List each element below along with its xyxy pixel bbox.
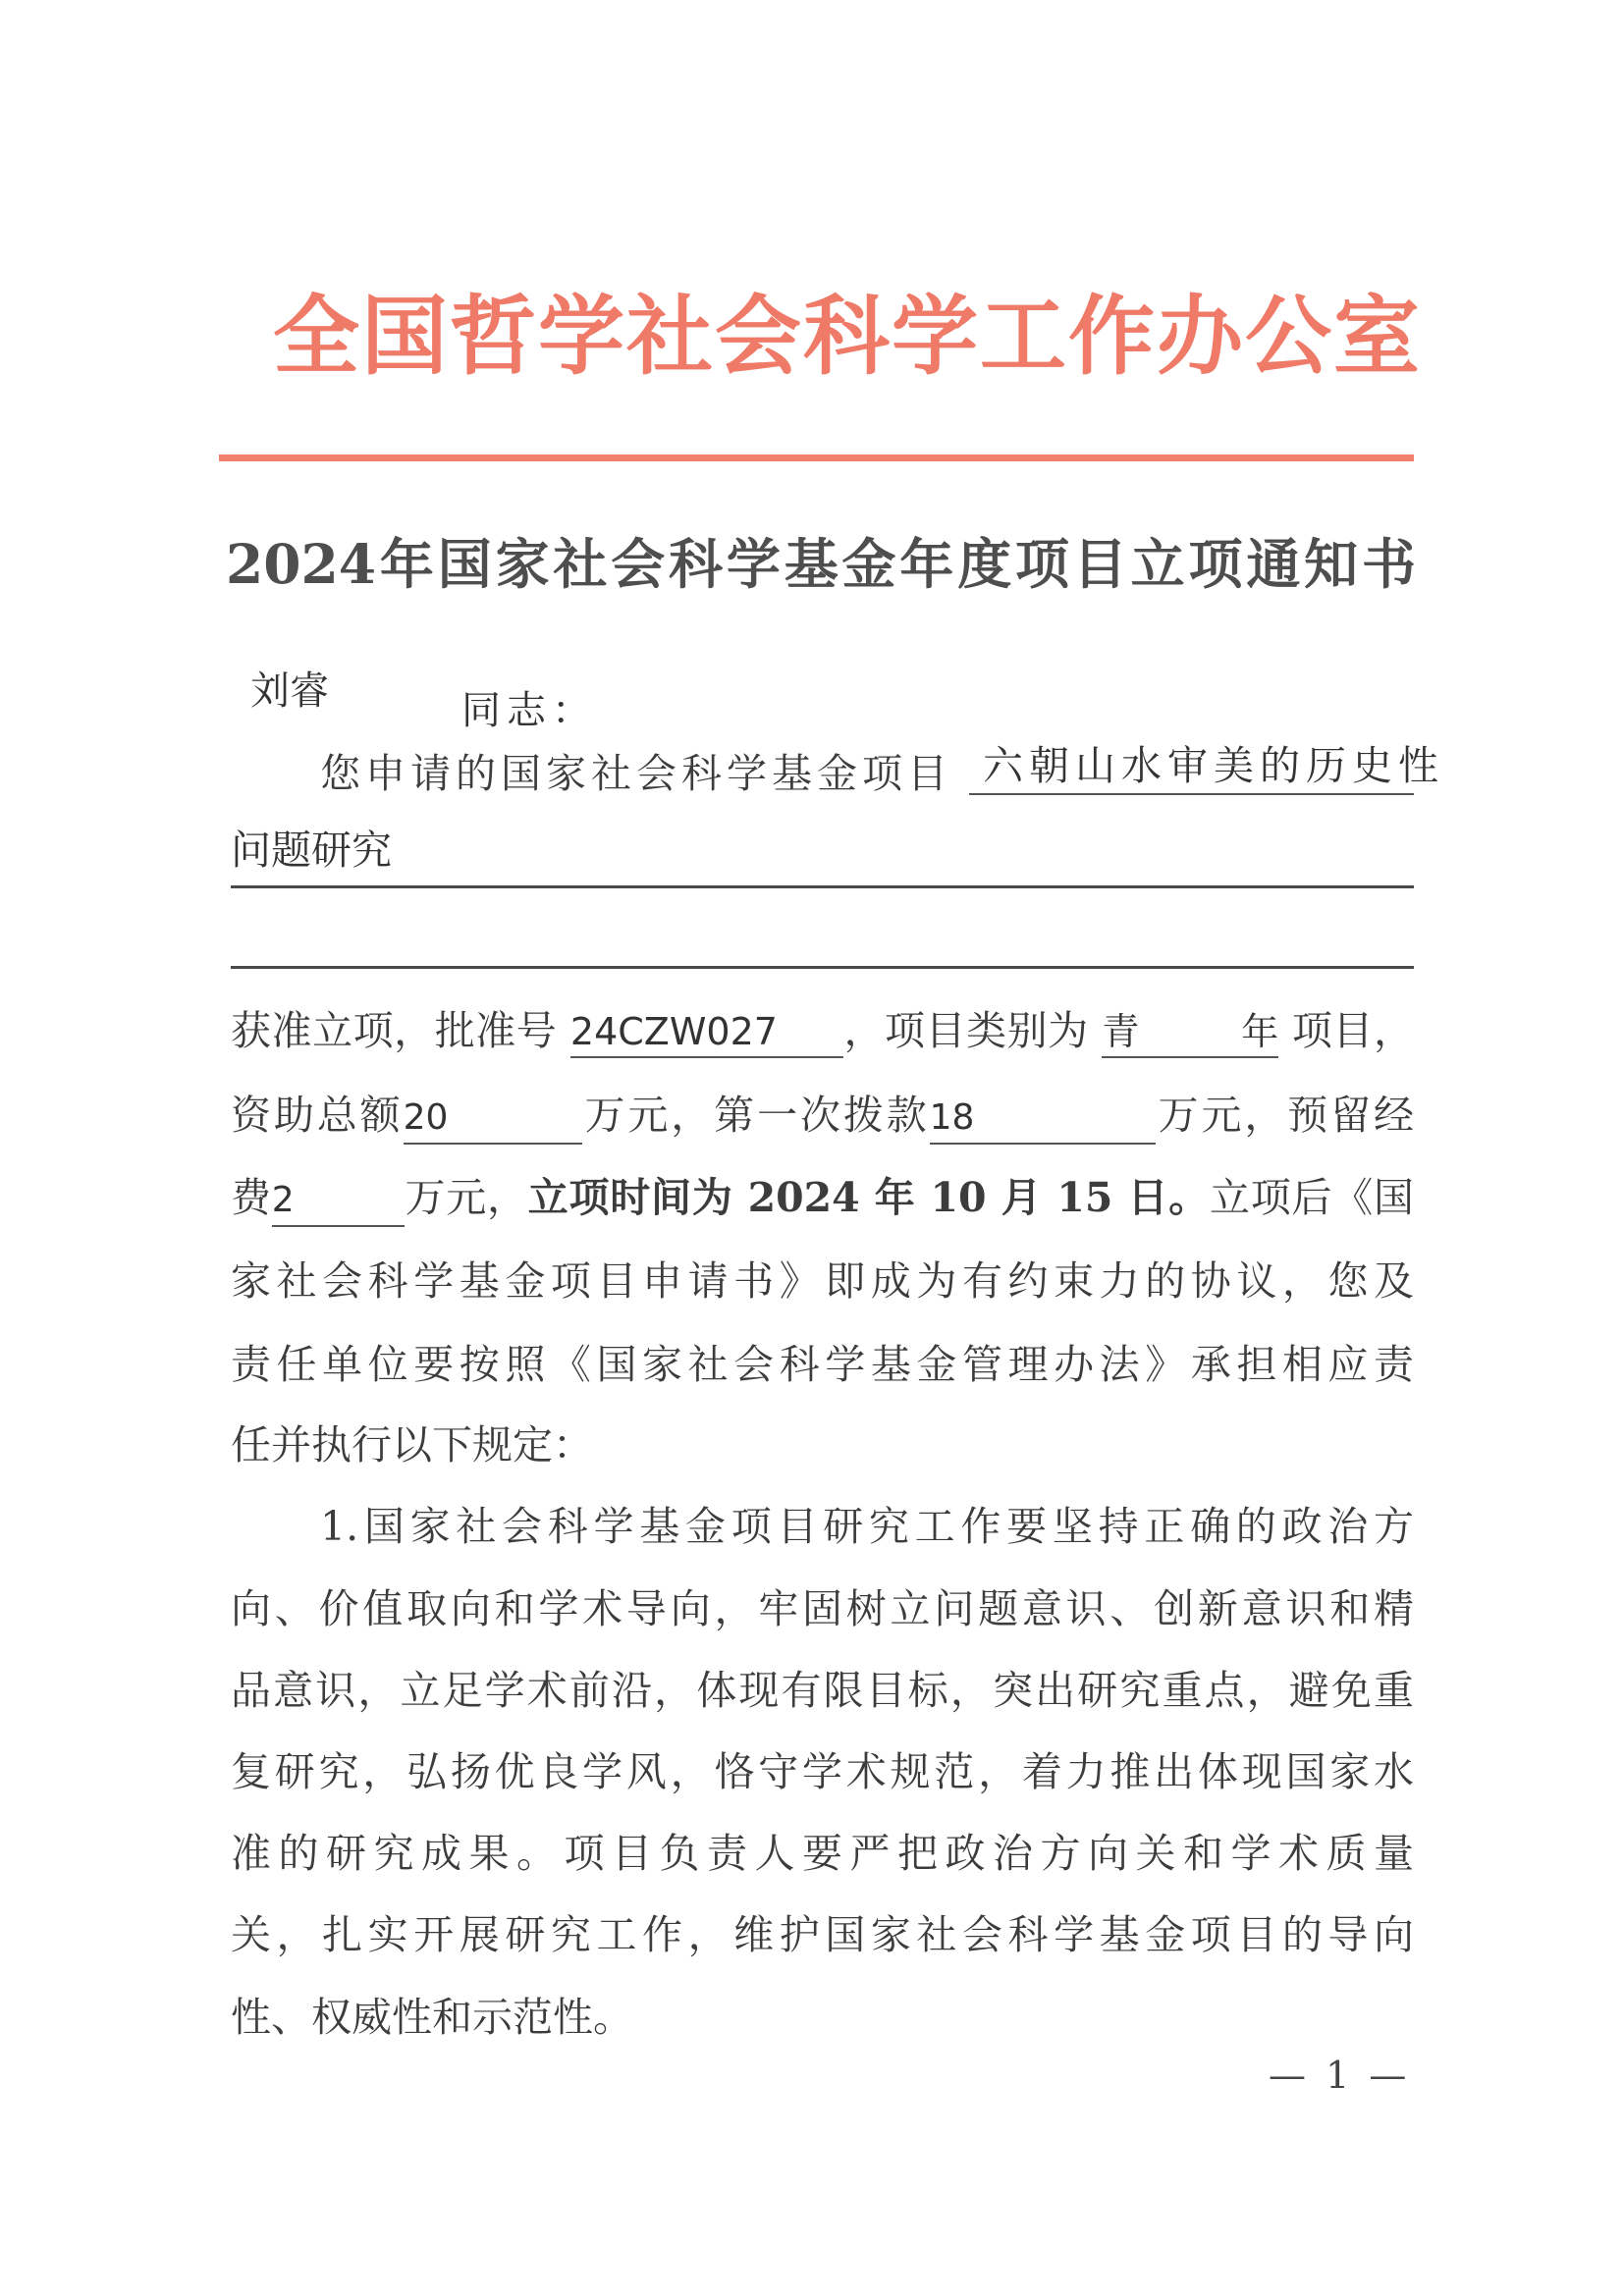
rule-line: 国家社会科学基金项目研究工作要坚持正确的政治方 <box>358 1503 1414 1550</box>
reserve-amount: 2 <box>272 1176 405 1227</box>
category-prefix: ，项目类别为 <box>843 1007 1089 1054</box>
salutation: 同志： <box>461 679 597 735</box>
issuing-organization: 全国哲学社会科学工作办公室 <box>273 287 1363 385</box>
approval-date: 立项时间为 2024 年 10 月 15 日。 <box>528 1174 1210 1221</box>
body-line: 任并执行以下规定： <box>231 1417 1414 1472</box>
approval-line: 获准立项，批准号 24CZW027，项目类别为 青年 项目， <box>231 1003 1414 1058</box>
after-date-text: 立项后《国 <box>1210 1174 1414 1221</box>
approved-prefix: 获准立项，批准号 <box>231 1007 557 1054</box>
first-unit: 万元，预留经 <box>1156 1092 1414 1139</box>
document-title: 2024年国家社会科学基金年度项目立项通知书 <box>226 530 1416 599</box>
body-line: 责任单位要按照《国家社会科学基金管理办法》承担相应责 <box>231 1337 1414 1392</box>
title-underline-3 <box>231 966 1414 969</box>
total-amount: 20 <box>404 1094 582 1145</box>
header-red-rule <box>219 454 1414 461</box>
funding-line: 资助总额20万元，第一次拨款18万元，预留经 <box>231 1088 1414 1145</box>
rule-1-first-line: 1.国家社会科学基金项目研究工作要坚持正确的政治方 <box>320 1499 1414 1554</box>
rule-number: 1. <box>320 1503 358 1550</box>
recipient-name: 刘睿 <box>250 660 329 716</box>
project-category: 青年 <box>1102 1007 1278 1058</box>
reserve-date-line: 费2万元，立项时间为 2024 年 10 月 15 日。立项后《国 <box>231 1170 1414 1227</box>
total-unit: 万元，第一次拨款 <box>582 1092 930 1139</box>
rule-line: 品意识，立足学术前沿，体现有限目标，突出研究重点，避免重 <box>231 1663 1414 1718</box>
page-number: — 1 — <box>1269 2054 1410 2097</box>
project-intro: 您申请的国家社会科学基金项目 <box>320 741 952 799</box>
project-title-part2: 问题研究 <box>231 823 392 878</box>
project-title-part1: 六朝山水审美的历史性 <box>969 738 1414 795</box>
rule-line: 向、价值取向和学术导向，牢固树立问题意识、创新意识和精 <box>231 1581 1414 1636</box>
title-underline-2 <box>231 885 1414 888</box>
category-suffix: 项目， <box>1292 1007 1414 1054</box>
total-prefix: 资助总额 <box>231 1092 404 1139</box>
reserve-unit: 万元， <box>405 1174 528 1221</box>
approval-number: 24CZW027 <box>570 1007 843 1058</box>
reserve-prefix: 费 <box>231 1174 272 1221</box>
rule-line: 复研究，弘扬优良学风，恪守学术规范，着力推出体现国家水 <box>231 1744 1414 1799</box>
body-line: 家社会科学基金项目申请书》即成为有约束力的协议，您及 <box>231 1254 1414 1308</box>
first-payment: 18 <box>930 1094 1156 1145</box>
rule-line: 性、权威性和示范性。 <box>231 1990 1414 2045</box>
rule-line: 准的研究成果。项目负责人要严把政治方向关和学术质量 <box>231 1826 1414 1881</box>
rule-line: 关，扎实开展研究工作，维护国家社会科学基金项目的导向 <box>231 1907 1414 1962</box>
